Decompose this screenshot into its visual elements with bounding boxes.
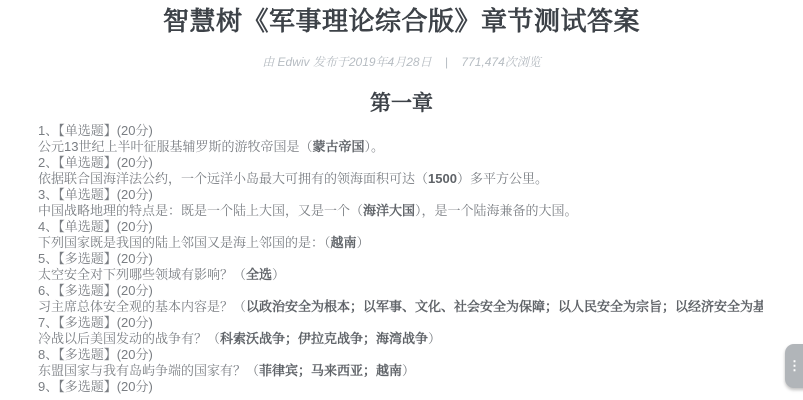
more-vertical-icon: ⋮: [785, 344, 803, 388]
question-answer: 菲律宾；马来西亚；越南: [259, 363, 402, 378]
question-text: 东盟国家与我有岛屿争端的国家有？（菲律宾；马来西亚；越南）: [38, 363, 763, 379]
question-list: 1、【单选题】(20分)公元13世纪上半叶征服基辅罗斯的游牧帝国是（蒙古帝国）。…: [0, 123, 803, 395]
question-answer: 海洋大国: [363, 203, 415, 218]
question-answer: 全选: [246, 267, 272, 282]
question-text: 太空安全对下列哪些领域有影响？（全选）: [38, 267, 763, 283]
question-header: 3、【单选题】(20分): [38, 187, 763, 203]
question-header: 2、【单选题】(20分): [38, 155, 763, 171]
question-text: 习主席总体安全观的基本内容是？（以政治安全为根本；以军事、文化、社会安全为保障；…: [38, 299, 763, 315]
post-meta: 由 Edwiv 发布于2019年4月28日 | 771,474次浏览: [0, 55, 803, 69]
question-text-post: ）: [428, 331, 441, 346]
question-answer: 科索沃战争；伊拉克战争；海湾战争: [220, 331, 428, 346]
page-title: 智慧树《军事理论综合版》章节测试答案: [0, 4, 803, 38]
question-text: 中国战略地理的特点是：既是一个陆上大国，又是一个（海洋大国），是一个陆海兼备的大…: [38, 203, 763, 219]
question-answer: 1500: [428, 171, 457, 186]
question-text-pre: 习主席总体安全观的基本内容是？（: [38, 299, 246, 314]
question-text-post: ）: [402, 363, 415, 378]
question-text: 依据联合国海洋法公约，一个远洋小岛最大可拥有的领海面积可达（1500）多平方公里…: [38, 171, 763, 187]
question-header: 5、【多选题】(20分): [38, 251, 763, 267]
question-text: 公元13世纪上半叶征服基辅罗斯的游牧帝国是（蒙古帝国）。: [38, 139, 763, 155]
answers-page: 智慧树《军事理论综合版》章节测试答案 由 Edwiv 发布于2019年4月28日…: [0, 0, 803, 400]
question-text-pre: 太空安全对下列哪些领域有影响？（: [38, 267, 246, 282]
floating-action-button[interactable]: ⋮: [785, 344, 803, 388]
question-header: 8、【多选题】(20分): [38, 347, 763, 363]
post-author-date: 由 Edwiv 发布于2019年4月28日: [262, 55, 431, 69]
question-answer: 蒙古帝国: [312, 139, 364, 154]
question-text-post: ），是一个陆海兼备的大国。: [415, 203, 578, 218]
question-header: 6、【多选题】(20分): [38, 283, 763, 299]
question-answer: 以政治安全为根本；以军事、文化、社会安全为保障；以人民安全为宗旨；以经济安全为基…: [246, 299, 763, 314]
question-text-pre: 冷战以后美国发动的战争有？（: [38, 331, 220, 346]
question-text: 下列国家既是我国的陆上邻国又是海上邻国的是：（越南）: [38, 235, 763, 251]
question-text-pre: 公元13世纪上半叶征服基辅罗斯的游牧帝国是（: [38, 139, 312, 154]
post-view-count: 771,474次浏览: [461, 55, 540, 69]
question-text-pre: 东盟国家与我有岛屿争端的国家有？（: [38, 363, 259, 378]
question-text-post: ）: [272, 267, 285, 282]
question-text-pre: 依据联合国海洋法公约，一个远洋小岛最大可拥有的领海面积可达（: [38, 171, 428, 186]
question-answer: 越南: [331, 235, 357, 250]
question-header: 7、【多选题】(20分): [38, 315, 763, 331]
question-text-pre: 中国战略地理的特点是：既是一个陆上大国，又是一个（: [38, 203, 363, 218]
question-text-post: ）: [357, 235, 370, 250]
question-header: 9、【多选题】(20分): [38, 379, 763, 395]
question-text-post: ）多平方公里。: [457, 171, 548, 186]
question-text-post: ）。: [364, 139, 384, 154]
question-text: 冷战以后美国发动的战争有？（科索沃战争；伊拉克战争；海湾战争）: [38, 331, 763, 347]
meta-divider-bar: |: [445, 55, 448, 69]
question-header: 4、【单选题】(20分): [38, 219, 763, 235]
question-text-pre: 下列国家既是我国的陆上邻国又是海上邻国的是：（: [38, 235, 331, 250]
question-header: 1、【单选题】(20分): [38, 123, 763, 139]
chapter-heading: 第一章: [0, 91, 803, 117]
